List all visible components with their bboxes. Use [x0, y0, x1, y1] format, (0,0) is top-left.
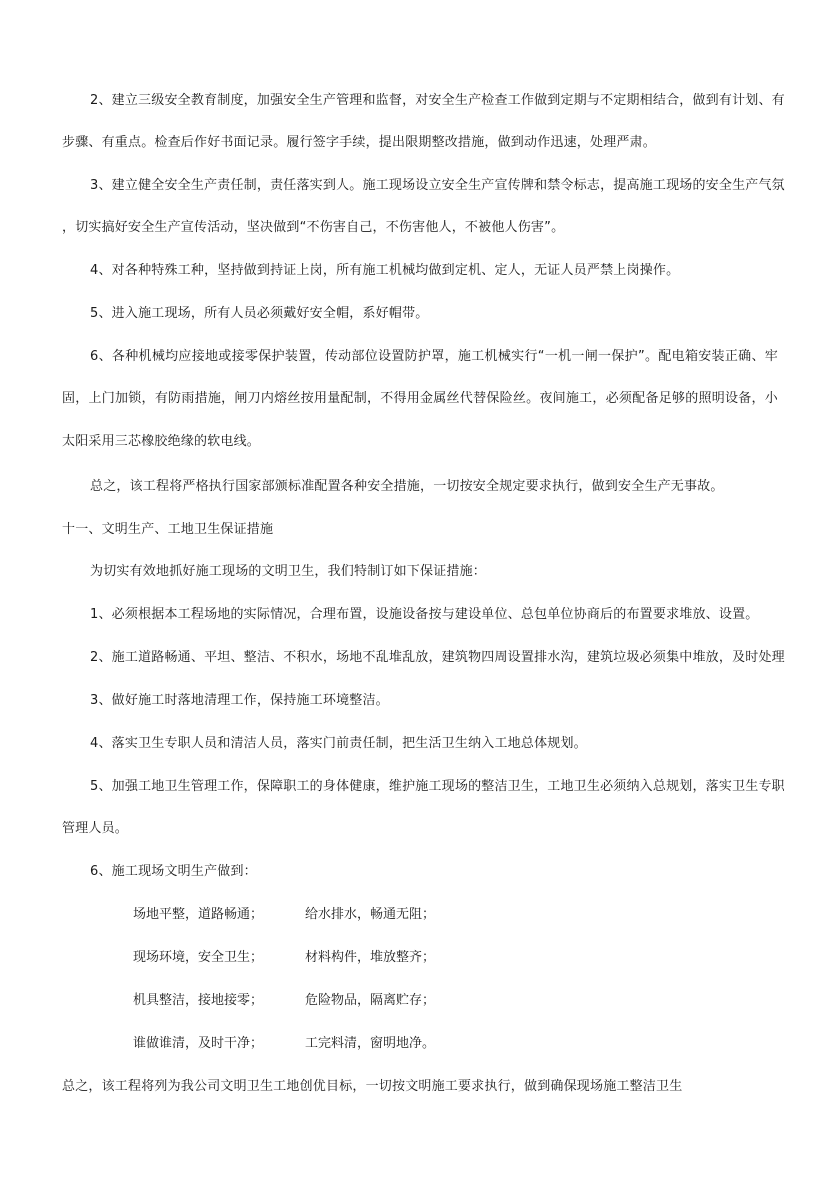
- slogan-1-right: 给水排水，畅通无阻；: [305, 907, 435, 923]
- slogan-3-right: 危险物品，隔离贮存；: [305, 993, 435, 1009]
- slogan-1-left: 场地平整，道路畅通；: [133, 907, 263, 923]
- paragraph-safety-6-line-3: 太阳采用三芯橡胶绝缘的软电线。: [62, 434, 778, 450]
- paragraph-safety-6-line-1: 6、各种机械均应接地或接零保护装置，传动部位设置防护罩，施工机械实行“一机一闸一…: [90, 349, 778, 365]
- section-heading: 十一、文明生产、工地卫生保证措施: [62, 522, 778, 538]
- slogan-2-left: 现场环境，安全卫生；: [133, 950, 263, 966]
- paragraph-civil-3: 3、做好施工时落地清理工作，保持施工环境整洁。: [90, 693, 778, 709]
- slogan-4-left: 谁做谁清，及时干净；: [133, 1036, 263, 1052]
- paragraph-civil-1: 1、必须根据本工程场地的实际情况，合理布置，设施设备按与建设单位、总包单位协商后…: [90, 607, 778, 623]
- paragraph-closing: 总之，该工程将列为我公司文明卫生工地创优目标，一切按文明施工要求执行，做到确保现…: [62, 1079, 778, 1095]
- slogan-2-right: 材料构件，堆放整齐；: [305, 950, 435, 966]
- document-page: 2、建立三级安全教育制度，加强安全生产管理和监督，对安全生产检查工作做到定期与不…: [0, 0, 838, 1186]
- paragraph-safety-summary: 总之，该工程将严格执行国家部颁标准配置各种安全措施，一切按安全规定要求执行，做到…: [90, 479, 778, 495]
- paragraph-civil-5-line-1: 5、加强工地卫生管理工作，保障职工的身体健康，维护施工现场的整洁卫生，工地卫生必…: [90, 779, 778, 795]
- paragraph-safety-3-line-2: ，切实搞好安全生产宣传活动，坚决做到“不伤害自己，不伤害他人，不被他人伤害”。: [62, 220, 778, 236]
- paragraph-civil-6: 6、施工现场文明生产做到：: [90, 864, 778, 880]
- slogan-4-right: 工完料清，窗明地净。: [305, 1036, 435, 1052]
- paragraph-safety-3-line-1: 3、建立健全安全生产责任制，责任落实到人。施工现场设立安全生产宣传牌和禁令标志，…: [90, 178, 778, 194]
- slogan-3-left: 机具整洁，接地接零；: [133, 993, 263, 1009]
- paragraph-safety-4: 4、对各种特殊工种，坚持做到持证上岗，所有施工机械均做到定机、定人，无证人员严禁…: [90, 263, 778, 279]
- paragraph-safety-2-line-1: 2、建立三级安全教育制度，加强安全生产管理和监督，对安全生产检查工作做到定期与不…: [90, 93, 778, 109]
- paragraph-civil-5-line-2: 管理人员。: [62, 821, 778, 837]
- paragraph-safety-5: 5、进入施工现场，所有人员必须戴好安全帽，系好帽带。: [90, 306, 778, 322]
- paragraph-civil-4: 4、落实卫生专职人员和清洁人员，落实门前责任制，把生活卫生纳入工地总体规划。: [90, 736, 778, 752]
- section-intro: 为切实有效地抓好施工现场的文明卫生，我们特制订如下保证措施：: [90, 564, 778, 580]
- paragraph-safety-2-line-2: 步骤、有重点。检查后作好书面记录。履行签字手续，提出限期整改措施，做到动作迅速，…: [62, 135, 778, 151]
- paragraph-safety-6-line-2: 固，上门加锁，有防雨措施，闸刀内熔丝按用量配制，不得用金属丝代替保险丝。夜间施工…: [62, 391, 778, 407]
- paragraph-civil-2: 2、施工道路畅通、平坦、整洁、不积水，场地不乱堆乱放，建筑物四周设置排水沟，建筑…: [90, 650, 778, 666]
